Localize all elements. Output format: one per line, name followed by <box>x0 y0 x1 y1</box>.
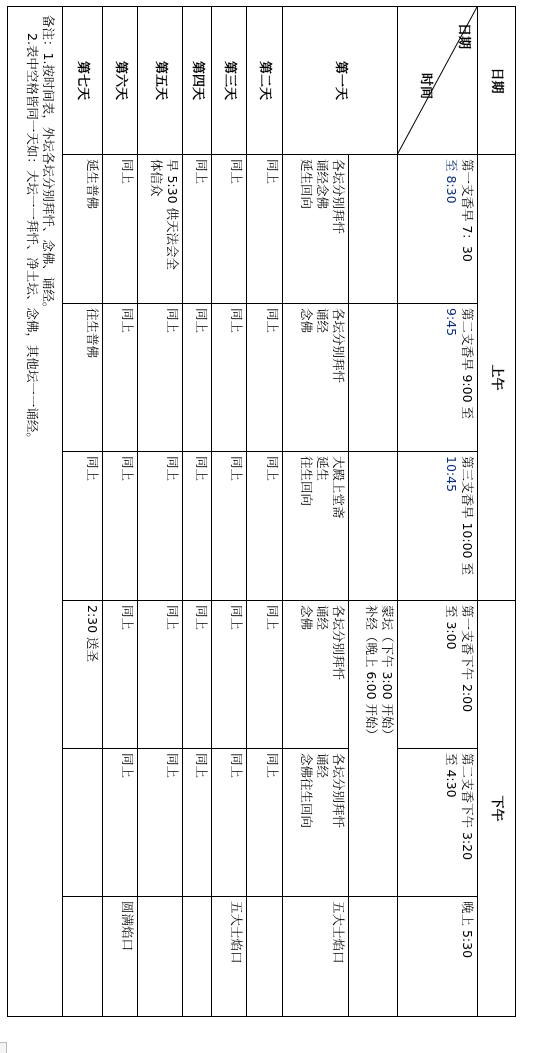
day7-cell-2: 往生普佛 <box>62 303 103 452</box>
slot-1: 第一支香早 7：30至 8:30 <box>397 154 478 304</box>
day1-top-empty-2 <box>348 303 398 452</box>
day1-cell-2: 各坛分别拜忏诵经念佛 <box>282 303 349 452</box>
day-label-3: 第三天 <box>211 6 247 155</box>
day7-cell-1: 延生普佛 <box>62 154 103 304</box>
day1-top-empty-1 <box>348 154 398 304</box>
day4-cell-5: 同上 <box>182 748 212 897</box>
day4-cell-3: 同上 <box>182 451 212 601</box>
day3-cell-3: 同上 <box>211 451 247 601</box>
day6-cell-4: 同上 <box>102 600 138 749</box>
day4-cell-4: 同上 <box>182 600 212 749</box>
day5-cell-1: 早 5:30 供天法会全体信众 <box>137 154 183 304</box>
day5-cell-4: 同上 <box>137 600 183 749</box>
day1-cell-5: 各坛分别拜忏诵经念佛往生回向 <box>282 748 349 897</box>
day-label-6: 第六天 <box>102 6 138 155</box>
day7-cell-5 <box>62 748 103 897</box>
day5-cell-2: 同上 <box>137 303 183 452</box>
header-date: 日期 <box>477 6 516 155</box>
day6-cell-1: 同上 <box>102 154 138 304</box>
corner-time-label: 时间 <box>417 73 433 99</box>
day6-cell-3: 同上 <box>102 451 138 601</box>
day3-cell-1: 同上 <box>211 154 247 304</box>
day2-cell-6 <box>246 896 283 1017</box>
day1-cell-6: 五大士焰口 <box>282 896 349 1017</box>
day3-cell-5: 同上 <box>211 748 247 897</box>
day-label-1: 第一天 <box>282 6 398 155</box>
day-label-7: 第七天 <box>62 6 103 155</box>
slot-5: 第二支香下午 3:20至 4:30 <box>397 748 478 897</box>
day5-cell-5: 同上 <box>137 748 183 897</box>
day-label-2: 第二天 <box>246 6 283 155</box>
page-corner-marker <box>0 1042 7 1053</box>
day2-cell-5: 同上 <box>246 748 283 897</box>
day7-cell-4: 2:30 送圣 <box>62 600 103 749</box>
day3-cell-4: 同上 <box>211 600 247 749</box>
day1-top-empty-3 <box>348 451 398 601</box>
day2-cell-1: 同上 <box>246 154 283 304</box>
day3-cell-2: 同上 <box>211 303 247 452</box>
schedule-sheet: 日期 上午 下午 日期 时间 第一支香早 7：30至 8:30 第二支香早 9:… <box>0 0 547 1053</box>
header-afternoon: 下午 <box>477 600 516 1017</box>
day6-cell-2: 同上 <box>102 303 138 452</box>
corner-cell: 日期 时间 <box>397 6 478 155</box>
day4-cell-1: 同上 <box>182 154 212 304</box>
slot-6: 晚上 5:30 <box>397 896 478 1017</box>
note-line-1: 备注：1.按时间表，外坛各坛分别拜忏、念佛、诵经。 <box>40 15 56 1008</box>
note-line-2: 2.表中空格皆同一天如：大坛一一拜忏、净土坛、念佛，其他坛一一诵经。 <box>24 15 40 1008</box>
slot-2: 第二支香早 9:00 至9:45 <box>397 303 478 452</box>
day2-cell-4: 同上 <box>246 600 283 749</box>
day-label-4: 第四天 <box>182 6 212 155</box>
day4-cell-6 <box>182 896 212 1017</box>
day1-cell-4: 各坛分别拜忏诵经念佛 <box>282 600 349 749</box>
mengshan-cell: 蒙坛（下午 3:00 开始）补经（晚上 6:00 开始） <box>348 600 398 897</box>
header-morning: 上午 <box>477 154 516 601</box>
day-label-5: 第五天 <box>137 6 183 155</box>
notes-cell: 备注：1.按时间表，外坛各坛分别拜忏、念佛、诵经。 2.表中空格皆同一天如：大坛… <box>7 6 63 1017</box>
slot-4: 第一支香下午 2:00至 3:00 <box>397 600 478 749</box>
day6-cell-5: 同上 <box>102 748 138 897</box>
day6-cell-6: 圆满焰口 <box>102 896 138 1017</box>
day1-cell-1: 各坛分别拜忏诵经念佛延生回向 <box>282 154 349 304</box>
day5-cell-6 <box>137 896 183 1017</box>
day5-cell-3: 同上 <box>137 451 183 601</box>
day4-cell-2: 同上 <box>182 303 212 452</box>
day1-top-empty-6 <box>348 896 398 1017</box>
day2-cell-2: 同上 <box>246 303 283 452</box>
day3-cell-6: 五大士焰口 <box>211 896 247 1017</box>
day7-cell-6 <box>62 896 103 1017</box>
day1-cell-3: 大殿上堂斋延生往生回向 <box>282 451 349 601</box>
day2-cell-3: 同上 <box>246 451 283 601</box>
slot-3: 第三支香早 10:00 至10:45 <box>397 451 478 601</box>
corner-date-label: 日期 <box>455 23 471 49</box>
day7-cell-3: 同上 <box>62 451 103 601</box>
